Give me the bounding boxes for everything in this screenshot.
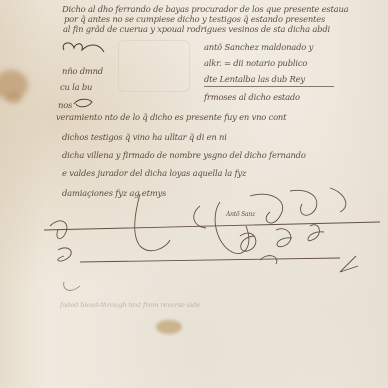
bleed-flourish xyxy=(60,280,90,294)
text-line: antõ Sanchez maldonado y xyxy=(204,42,313,52)
text-line: e valdes jurador del dicha loyas aquella… xyxy=(62,168,246,178)
text-line: alkr. = dii notario publico xyxy=(204,58,307,68)
margin-flourish xyxy=(58,38,108,60)
underline xyxy=(204,86,334,87)
water-stain xyxy=(6,92,22,104)
bleed-through-text: faded bleed-through text from reverse si… xyxy=(60,300,340,370)
text-line: dichos testigos q̃ vino ha ulltar q̃ di … xyxy=(62,132,227,142)
text-line: veramiento nto de lo q̃ dicho es present… xyxy=(56,112,286,122)
manuscript-page: Dicho al dho ferrando de bayas procurado… xyxy=(0,0,388,388)
text-line: Dicho al dho ferrando de bayas procurado… xyxy=(62,4,348,14)
text-line: dte Lentalba las dub Rey xyxy=(204,74,305,84)
margin-note: nos xyxy=(58,100,72,110)
signature-text: Antõ Sanz xyxy=(226,210,255,220)
text-line: por q̃ antes no se cumpiese dicho y test… xyxy=(64,14,325,24)
text-line: frmoses al dicho estado xyxy=(204,92,300,102)
margin-flourish xyxy=(72,96,96,110)
margin-note: nño dmnd xyxy=(62,66,103,76)
paper-watermark xyxy=(118,40,190,92)
text-line: dicha villena y firmado de nombre ysgno … xyxy=(62,150,306,160)
text-line: al fin grãd de cuerua y xpoual rodrigues… xyxy=(63,24,330,34)
signature-rubrics xyxy=(40,186,388,286)
margin-note: cu la bu xyxy=(60,82,92,92)
